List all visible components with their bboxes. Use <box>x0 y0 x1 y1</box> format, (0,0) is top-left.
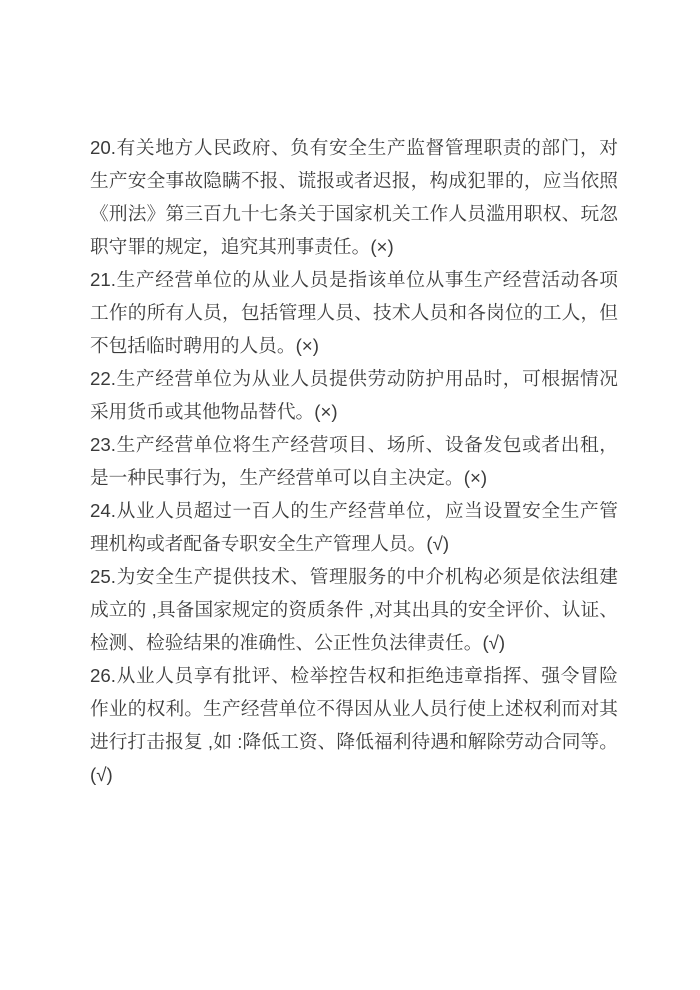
question-body: 生产经营单位将生产经营项目、场所、设备发包或者出租，是一种民事行为，生产经营单可… <box>90 434 618 488</box>
question-item: 25.为安全生产提供技术、管理服务的中介机构必须是依法组建成立的 ,具备国家规定… <box>90 560 618 659</box>
question-answer: (√) <box>482 632 505 653</box>
question-answer: (×) <box>296 335 319 356</box>
question-answer: (×) <box>370 236 393 257</box>
question-item: 21.生产经营单位的从业人员是指该单位从事生产经营活动各项工作的所有人员，包括管… <box>90 263 618 362</box>
question-number: 26. <box>90 665 116 686</box>
question-body: 生产经营单位为从业人员提供劳动防护用品时，可根据情况采用货币或其他物品替代。 <box>90 368 618 422</box>
question-list: 20.有关地方人民政府、负有安全生产监督管理职责的部门，对生产安全事故隐瞒不报、… <box>90 131 618 791</box>
question-answer: (×) <box>464 467 487 488</box>
question-number: 24. <box>90 500 116 521</box>
question-item: 26.从业人员享有批评、检举控告权和拒绝违章指挥、强令冒险作业的权利。生产经营单… <box>90 659 618 791</box>
question-answer: (√) <box>90 764 113 785</box>
question-number: 21. <box>90 269 116 290</box>
question-body: 有关地方人民政府、负有安全生产监督管理职责的部门，对生产安全事故隐瞒不报、谎报或… <box>90 137 618 257</box>
document-page: 20.有关地方人民政府、负有安全生产监督管理职责的部门，对生产安全事故隐瞒不报、… <box>0 0 700 990</box>
question-item: 24.从业人员超过一百人的生产经营单位，应当设置安全生产管理机构或者配备专职安全… <box>90 494 618 560</box>
question-answer: (√) <box>426 533 449 554</box>
question-item: 20.有关地方人民政府、负有安全生产监督管理职责的部门，对生产安全事故隐瞒不报、… <box>90 131 618 263</box>
question-body: 从业人员享有批评、检举控告权和拒绝违章指挥、强令冒险作业的权利。生产经营单位不得… <box>90 665 618 752</box>
question-number: 20. <box>90 137 116 158</box>
question-body: 生产经营单位的从业人员是指该单位从事生产经营活动各项工作的所有人员，包括管理人员… <box>90 269 618 356</box>
question-item: 23.生产经营单位将生产经营项目、场所、设备发包或者出租，是一种民事行为，生产经… <box>90 428 618 494</box>
question-answer: (×) <box>314 401 337 422</box>
question-body: 从业人员超过一百人的生产经营单位，应当设置安全生产管理机构或者配备专职安全生产管… <box>90 500 618 554</box>
question-number: 23. <box>90 434 116 455</box>
question-number: 25. <box>90 566 116 587</box>
question-body: 为安全生产提供技术、管理服务的中介机构必须是依法组建成立的 ,具备国家规定的资质… <box>90 566 618 653</box>
question-item: 22.生产经营单位为从业人员提供劳动防护用品时，可根据情况采用货币或其他物品替代… <box>90 362 618 428</box>
question-number: 22. <box>90 368 116 389</box>
